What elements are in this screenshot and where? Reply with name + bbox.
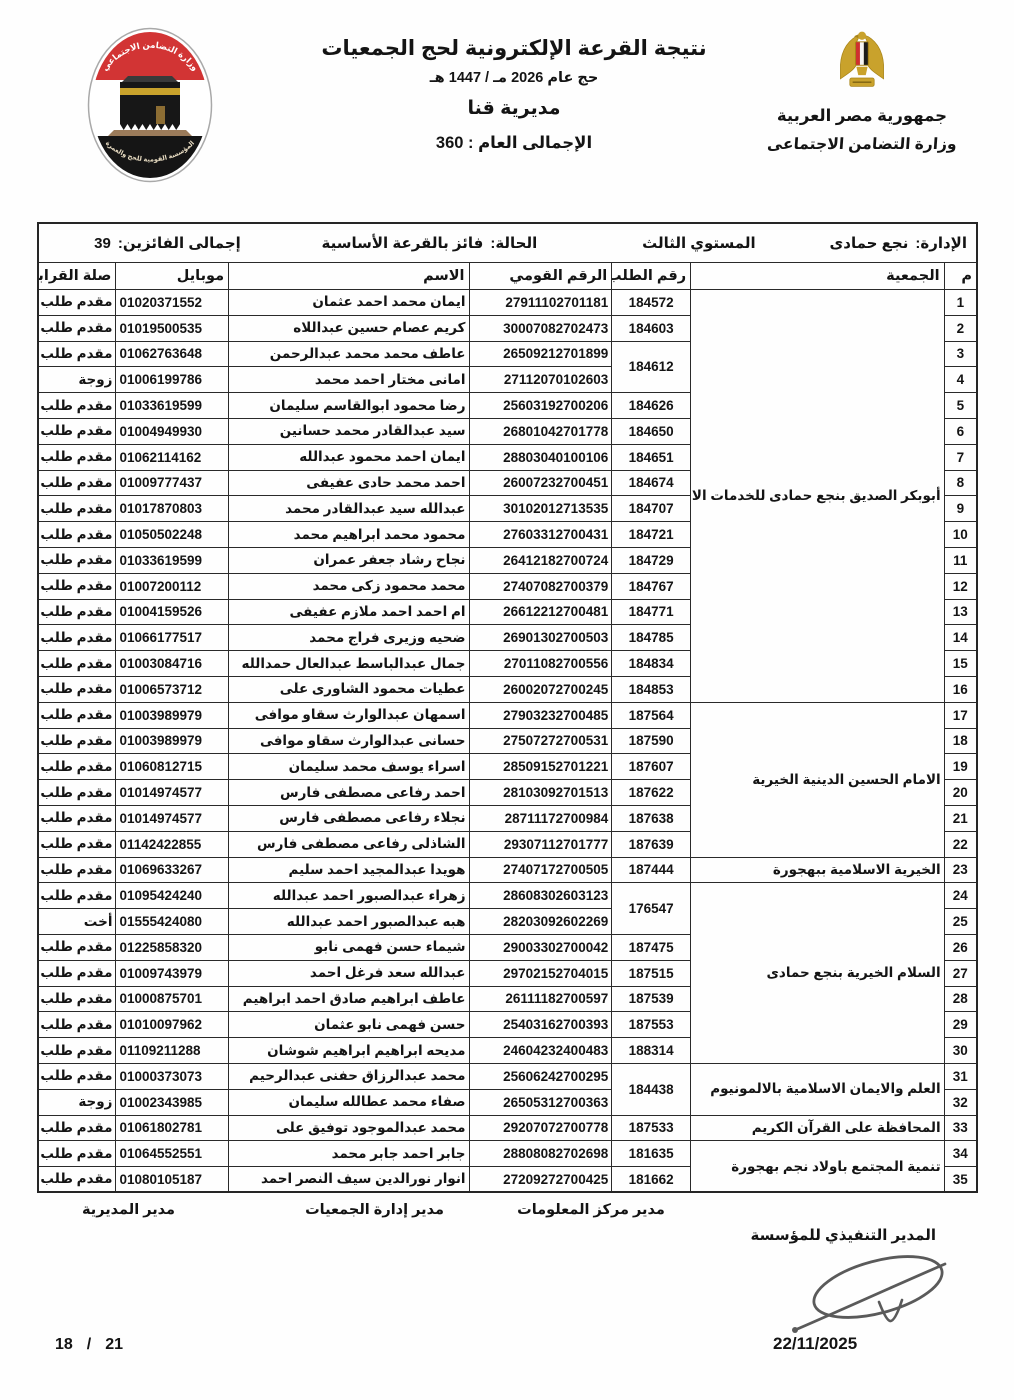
mobile-cell: 01002343985 — [116, 1089, 229, 1115]
winners-total-label: إجمالى الفائزين: — [118, 235, 241, 252]
name-cell: صفاء محمد عطالله سليمان — [229, 1089, 469, 1115]
name-cell: احمد رفاعى مصطفى فارس — [229, 780, 469, 806]
name-cell: محمد محمود زكى محمد — [229, 573, 469, 599]
page-number: 18 / 21 — [55, 1336, 123, 1354]
document-date: 22/11/2025 — [773, 1334, 857, 1354]
results-table-body: 1أبوبكر الصديق بنجع حمادى للخدمات الاجتم… — [38, 290, 977, 1193]
column-header-serial: م — [944, 263, 977, 290]
request-no-cell: 187564 — [612, 702, 691, 728]
association-cell: العلم والايمان الاسلامية بالالمونيوم — [691, 1063, 945, 1115]
request-no-cell: 184650 — [612, 418, 691, 444]
name-cell: امانى مختار احمد محمد — [229, 367, 469, 393]
name-cell: رضا محمود ابوالقاسم سليمان — [229, 393, 469, 419]
table-row: 17الامام الحسين الدينية الخيرية187564279… — [38, 702, 977, 728]
request-no-cell: 187553 — [612, 1012, 691, 1038]
status-value: فائز بالقرعة الأساسية — [322, 235, 484, 252]
name-cell: جابر احمد جابر محمد — [229, 1141, 469, 1167]
request-no-cell: 188314 — [612, 1038, 691, 1064]
mobile-cell: 01033619599 — [116, 393, 229, 419]
relationship-cell: أخت — [38, 909, 116, 935]
serial-cell: 13 — [944, 599, 977, 625]
page-current: 18 — [55, 1336, 73, 1354]
request-no-cell: 187475 — [612, 934, 691, 960]
relationship-cell: مقدم طلب — [38, 418, 116, 444]
mobile-cell: 01010097962 — [116, 1012, 229, 1038]
request-no-cell: 184767 — [612, 573, 691, 599]
national-id-cell: 27911102701181 — [469, 290, 612, 316]
relationship-cell: مقدم طلب — [38, 1012, 116, 1038]
association-cell: المحافظة على القرآن الكريم — [691, 1115, 945, 1141]
mobile-cell: 01000875701 — [116, 986, 229, 1012]
serial-cell: 35 — [944, 1167, 977, 1193]
national-id-cell: 27903232700485 — [469, 702, 612, 728]
mobile-cell: 01142422855 — [116, 831, 229, 857]
request-no-cell: 187639 — [612, 831, 691, 857]
request-no-cell: 187607 — [612, 754, 691, 780]
administration-field: الإدارة:نجع حمادى — [756, 234, 967, 252]
relationship-cell: مقدم طلب — [38, 444, 116, 470]
national-id-cell: 27507272700531 — [469, 728, 612, 754]
relationship-cell: مقدم طلب — [38, 1141, 116, 1167]
page-separator: / — [87, 1336, 91, 1354]
national-id-cell: 30007082702473 — [469, 315, 612, 341]
national-id-cell: 28711172700984 — [469, 805, 612, 831]
request-no-cell: 187638 — [612, 805, 691, 831]
mobile-cell: 01555424080 — [116, 909, 229, 935]
relationship-cell: مقدم طلب — [38, 1167, 116, 1193]
name-cell: احمد محمد حادى عفيفى — [229, 470, 469, 496]
national-id-cell: 28608302603123 — [469, 883, 612, 909]
relationship-cell: مقدم طلب — [38, 728, 116, 754]
hajj-foundation-logo-icon: وزارة التضامن الاجتماعي المؤسسة القومية … — [86, 26, 214, 184]
name-cell: حسانى عبدالوارث سقاو موافى — [229, 728, 469, 754]
national-id-cell: 26509212701899 — [469, 341, 612, 367]
mobile-cell: 01062763648 — [116, 341, 229, 367]
relationship-cell: مقدم طلب — [38, 290, 116, 316]
request-no-cell: 184651 — [612, 444, 691, 470]
request-no-cell: 181662 — [612, 1167, 691, 1193]
relationship-cell: مقدم طلب — [38, 599, 116, 625]
name-cell: اسراء يوسف محمد سليمان — [229, 754, 469, 780]
grand-total: الإجمالى العام : 360 — [318, 133, 710, 153]
name-cell: محمد عبدالرزاق حفنى عبدالرحيم — [229, 1063, 469, 1089]
national-id-cell: 26002072700245 — [469, 676, 612, 702]
serial-cell: 9 — [944, 496, 977, 522]
mobile-cell: 01062114162 — [116, 444, 229, 470]
serial-cell: 31 — [944, 1063, 977, 1089]
relationship-cell: مقدم طلب — [38, 986, 116, 1012]
relationship-cell: مقدم طلب — [38, 805, 116, 831]
request-no-cell: 184729 — [612, 547, 691, 573]
relationship-cell: مقدم طلب — [38, 934, 116, 960]
name-cell: عبدالله سعد فرغل احمد — [229, 960, 469, 986]
national-id-cell: 28808082702698 — [469, 1141, 612, 1167]
request-no-cell: 184438 — [612, 1063, 691, 1115]
association-cell: الامام الحسين الدينية الخيرية — [691, 702, 945, 857]
serial-cell: 27 — [944, 960, 977, 986]
mobile-cell: 01014974577 — [116, 805, 229, 831]
directorate-manager-label: مدير المديرية — [36, 1202, 221, 1218]
serial-cell: 17 — [944, 702, 977, 728]
request-no-cell: 184603 — [612, 315, 691, 341]
relationship-cell: زوجة — [38, 1089, 116, 1115]
mobile-cell: 01066177517 — [116, 625, 229, 651]
associations-dept-manager-label: مدير إدارة الجمعيات — [272, 1202, 477, 1218]
mobile-cell: 01006199786 — [116, 367, 229, 393]
info-center-manager-label: مدير مركز المعلومات — [486, 1202, 696, 1218]
national-id-cell: 27112070102603 — [469, 367, 612, 393]
association-cell: تنمية المجتمع باولاد نجم بهجورة — [691, 1141, 945, 1193]
request-no-cell: 187444 — [612, 857, 691, 883]
request-no-cell: 187590 — [612, 728, 691, 754]
mobile-cell: 01061802781 — [116, 1115, 229, 1141]
name-cell: ايمان احمد محمود عبدالله — [229, 444, 469, 470]
name-cell: هويدا عبدالمجيد احمد سليم — [229, 857, 469, 883]
hajj-year: حج عام 2026 مـ / 1447 هـ — [318, 70, 710, 86]
name-cell: حسن فهمى نابو عثمان — [229, 1012, 469, 1038]
name-cell: عاطف محمد محمد عبدالرحمن — [229, 341, 469, 367]
egypt-eagle-icon — [832, 26, 892, 98]
ministry-name: وزارة التضامن الاجتماعى — [763, 135, 960, 154]
national-id-cell: 26505312700363 — [469, 1089, 612, 1115]
mobile-cell: 01003084716 — [116, 651, 229, 677]
relationship-cell: مقدم طلب — [38, 470, 116, 496]
national-id-cell: 26412182700724 — [469, 547, 612, 573]
name-cell: الشاذلى رفاعى مصطفى فارس — [229, 831, 469, 857]
table-row: 34تنمية المجتمع باولاد نجم بهجورة1816352… — [38, 1141, 977, 1167]
serial-cell: 11 — [944, 547, 977, 573]
request-no-cell: 184707 — [612, 496, 691, 522]
emblem-block: جمهورية مصر العربية وزارة التضامن الاجتم… — [764, 26, 960, 154]
winners-total-value: 39 — [94, 235, 111, 252]
name-cell: نجلاء رفاعى مصطفى فارس — [229, 805, 469, 831]
national-id-cell: 28509152701221 — [469, 754, 612, 780]
request-no-cell: 184771 — [612, 599, 691, 625]
serial-cell: 1 — [944, 290, 977, 316]
serial-cell: 25 — [944, 909, 977, 935]
name-cell: انوار نورالدين سيف النصر احمد — [229, 1167, 469, 1193]
title-block: نتيجة القرعة الإلكترونية لحج الجمعيات حج… — [318, 36, 710, 153]
name-cell: هبه عبدالصبور احمد عبدالله — [229, 909, 469, 935]
name-cell: عاطف ابراهيم صادق احمد ابراهيم — [229, 986, 469, 1012]
request-no-cell: 187533 — [612, 1115, 691, 1141]
mobile-cell: 01095424240 — [116, 883, 229, 909]
relationship-cell: مقدم طلب — [38, 341, 116, 367]
mobile-cell: 01006573712 — [116, 676, 229, 702]
national-id-cell: 29307112701777 — [469, 831, 612, 857]
document-page: وزارة التضامن الاجتماعي المؤسسة القومية … — [0, 0, 1014, 1400]
results-table: الإدارة:نجع حمادى المستوي الثالث الحالة:… — [37, 222, 978, 1193]
national-id-cell: 25403162700393 — [469, 1012, 612, 1038]
request-no-cell: 184626 — [612, 393, 691, 419]
request-no-cell: 184721 — [612, 522, 691, 548]
table-row: 24السلام الخيرية بنجع حمادى1765472860830… — [38, 883, 977, 909]
association-cell: الخيرية الاسلامية ببهجورة — [691, 857, 945, 883]
serial-cell: 28 — [944, 986, 977, 1012]
serial-cell: 26 — [944, 934, 977, 960]
relationship-cell: مقدم طلب — [38, 1115, 116, 1141]
mobile-cell: 01000373073 — [116, 1063, 229, 1089]
association-cell: السلام الخيرية بنجع حمادى — [691, 883, 945, 1064]
request-no-cell: 184612 — [612, 341, 691, 393]
national-id-cell: 28103092701513 — [469, 780, 612, 806]
mobile-cell: 01014974577 — [116, 780, 229, 806]
serial-cell: 20 — [944, 780, 977, 806]
relationship-cell: مقدم طلب — [38, 780, 116, 806]
serial-cell: 8 — [944, 470, 977, 496]
mobile-cell: 01004159526 — [116, 599, 229, 625]
mobile-cell: 01069633267 — [116, 857, 229, 883]
serial-cell: 29 — [944, 1012, 977, 1038]
serial-cell: 22 — [944, 831, 977, 857]
national-id-cell: 26801042701778 — [469, 418, 612, 444]
serial-cell: 3 — [944, 341, 977, 367]
mobile-cell: 01019500535 — [116, 315, 229, 341]
hajj-foundation-logo: وزارة التضامن الاجتماعي المؤسسة القومية … — [86, 26, 214, 184]
column-header-request-no: رقم الطلب — [612, 263, 691, 290]
column-header-association: الجمعية — [691, 263, 945, 290]
column-header-name: الاسم — [229, 263, 469, 290]
request-no-cell: 176547 — [612, 883, 691, 935]
request-no-cell: 184834 — [612, 651, 691, 677]
name-cell: شيماء حسن فهمى نابو — [229, 934, 469, 960]
serial-cell: 30 — [944, 1038, 977, 1064]
level-field: المستوي الثالث — [572, 234, 756, 252]
table-row: 31العلم والايمان الاسلامية بالالمونيوم18… — [38, 1063, 977, 1089]
relationship-cell: مقدم طلب — [38, 315, 116, 341]
name-cell: عبدالله سيد عبدالقادر محمد — [229, 496, 469, 522]
request-no-cell: 184785 — [612, 625, 691, 651]
name-cell: اسمهان عبدالوارث سقاو موافى — [229, 702, 469, 728]
status-field: الحالة:فائز بالقرعة الأساسية — [287, 234, 572, 252]
directorate-name: مديرية قنا — [318, 97, 710, 120]
column-header-relationship: صلة القرابه — [38, 263, 116, 290]
serial-cell: 12 — [944, 573, 977, 599]
relationship-cell: زوجة — [38, 367, 116, 393]
name-cell: مديحه ابراهيم ابراهيم شوشان — [229, 1038, 469, 1064]
mobile-cell: 01009777437 — [116, 470, 229, 496]
national-id-cell: 26111182700597 — [469, 986, 612, 1012]
relationship-cell: مقدم طلب — [38, 547, 116, 573]
request-no-cell: 184853 — [612, 676, 691, 702]
serial-cell: 15 — [944, 651, 977, 677]
mobile-cell: 01060812715 — [116, 754, 229, 780]
relationship-cell: مقدم طلب — [38, 676, 116, 702]
name-cell: محمد عبدالموجود توفيق على — [229, 1115, 469, 1141]
name-cell: ايمان محمد احمد عثمان — [229, 290, 469, 316]
serial-cell: 32 — [944, 1089, 977, 1115]
relationship-cell: مقدم طلب — [38, 522, 116, 548]
national-id-cell: 27209272700425 — [469, 1167, 612, 1193]
serial-cell: 19 — [944, 754, 977, 780]
serial-cell: 23 — [944, 857, 977, 883]
name-cell: زهراء عبدالصبور احمد عبدالله — [229, 883, 469, 909]
national-id-cell: 25603192700206 — [469, 393, 612, 419]
name-cell: كريم عصام حسين عبداللاه — [229, 315, 469, 341]
column-header-mobile: موبايل — [116, 263, 229, 290]
mobile-cell: 01017870803 — [116, 496, 229, 522]
mobile-cell: 01009743979 — [116, 960, 229, 986]
national-id-cell: 29702152704015 — [469, 960, 612, 986]
column-header-national-id: الرقم القومي — [469, 263, 612, 290]
relationship-cell: مقدم طلب — [38, 496, 116, 522]
status-label: الحالة: — [490, 235, 537, 252]
mobile-cell: 01225858320 — [116, 934, 229, 960]
request-no-cell: 181635 — [612, 1141, 691, 1167]
request-no-cell: 184674 — [612, 470, 691, 496]
national-id-cell: 26901302700503 — [469, 625, 612, 651]
national-id-cell: 27011082700556 — [469, 651, 612, 677]
serial-cell: 5 — [944, 393, 977, 419]
serial-cell: 18 — [944, 728, 977, 754]
name-cell: عطيات محمود الشاورى على — [229, 676, 469, 702]
national-id-cell: 24604232400483 — [469, 1038, 612, 1064]
document-title: نتيجة القرعة الإلكترونية لحج الجمعيات — [318, 36, 710, 61]
relationship-cell: مقدم طلب — [38, 831, 116, 857]
relationship-cell: مقدم طلب — [38, 651, 116, 677]
mobile-cell: 01033619599 — [116, 547, 229, 573]
request-no-cell: 187515 — [612, 960, 691, 986]
request-no-cell: 184572 — [612, 290, 691, 316]
name-cell: ضحيه وزيرى فراج محمد — [229, 625, 469, 651]
name-cell: جمال عبدالباسط عبدالعال حمدالله — [229, 651, 469, 677]
relationship-cell: مقدم طلب — [38, 625, 116, 651]
mobile-cell: 01003989979 — [116, 702, 229, 728]
mobile-cell: 01064552551 — [116, 1141, 229, 1167]
relationship-cell: مقدم طلب — [38, 857, 116, 883]
serial-cell: 14 — [944, 625, 977, 651]
administration-value: نجع حمادى — [830, 235, 909, 252]
administration-label: الإدارة: — [915, 235, 967, 252]
national-id-cell: 27603312700431 — [469, 522, 612, 548]
winners-total-field: إجمالى الفائزين:39 — [48, 234, 287, 252]
national-id-cell: 25606242700295 — [469, 1063, 612, 1089]
serial-cell: 21 — [944, 805, 977, 831]
national-id-cell: 29207072700778 — [469, 1115, 612, 1141]
association-cell: أبوبكر الصديق بنجع حمادى للخدمات الاجتما… — [691, 290, 945, 703]
name-cell: سيد عبدالقادر محمد حسانين — [229, 418, 469, 444]
relationship-cell: مقدم طلب — [38, 393, 116, 419]
serial-cell: 10 — [944, 522, 977, 548]
serial-cell: 4 — [944, 367, 977, 393]
national-id-cell: 26007232700451 — [469, 470, 612, 496]
relationship-cell: مقدم طلب — [38, 573, 116, 599]
relationship-cell: مقدم طلب — [38, 883, 116, 909]
signature-icon — [783, 1242, 968, 1342]
mobile-cell: 01004949930 — [116, 418, 229, 444]
page-total: 21 — [105, 1336, 123, 1354]
mobile-cell: 01020371552 — [116, 290, 229, 316]
serial-cell: 16 — [944, 676, 977, 702]
relationship-cell: مقدم طلب — [38, 754, 116, 780]
national-id-cell: 28203092602269 — [469, 909, 612, 935]
executive-director-signature — [783, 1242, 968, 1347]
relationship-cell: مقدم طلب — [38, 1063, 116, 1089]
mobile-cell: 01007200112 — [116, 573, 229, 599]
name-cell: ام احمد احمد ملازم عفيفى — [229, 599, 469, 625]
name-cell: محمود محمد ابراهيم محمد — [229, 522, 469, 548]
national-id-cell: 26612212700481 — [469, 599, 612, 625]
serial-cell: 24 — [944, 883, 977, 909]
serial-cell: 33 — [944, 1115, 977, 1141]
info-bar-row: الإدارة:نجع حمادى المستوي الثالث الحالة:… — [38, 223, 977, 263]
relationship-cell: مقدم طلب — [38, 702, 116, 728]
serial-cell: 2 — [944, 315, 977, 341]
request-no-cell: 187539 — [612, 986, 691, 1012]
mobile-cell: 01003989979 — [116, 728, 229, 754]
name-cell: نجاح رشاد جعفر عمران — [229, 547, 469, 573]
national-id-cell: 27407172700505 — [469, 857, 612, 883]
national-id-cell: 28803040100106 — [469, 444, 612, 470]
table-row: 1أبوبكر الصديق بنجع حمادى للخدمات الاجتم… — [38, 290, 977, 316]
request-no-cell: 187622 — [612, 780, 691, 806]
serial-cell: 34 — [944, 1141, 977, 1167]
national-id-cell: 29003302700042 — [469, 934, 612, 960]
serial-cell: 6 — [944, 418, 977, 444]
mobile-cell: 01080105187 — [116, 1167, 229, 1193]
column-header-row: م الجمعية رقم الطلب الرقم القومي الاسم م… — [38, 263, 977, 290]
mobile-cell: 01109211288 — [116, 1038, 229, 1064]
serial-cell: 7 — [944, 444, 977, 470]
relationship-cell: مقدم طلب — [38, 1038, 116, 1064]
republic-name: جمهورية مصر العربية — [764, 106, 960, 126]
national-id-cell: 30102012713535 — [469, 496, 612, 522]
table-row: 33المحافظة على القرآن الكريم187533292070… — [38, 1115, 977, 1141]
national-id-cell: 27407082700379 — [469, 573, 612, 599]
table-row: 23الخيرية الاسلامية ببهجورة1874442740717… — [38, 857, 977, 883]
mobile-cell: 01050502248 — [116, 522, 229, 548]
relationship-cell: مقدم طلب — [38, 960, 116, 986]
